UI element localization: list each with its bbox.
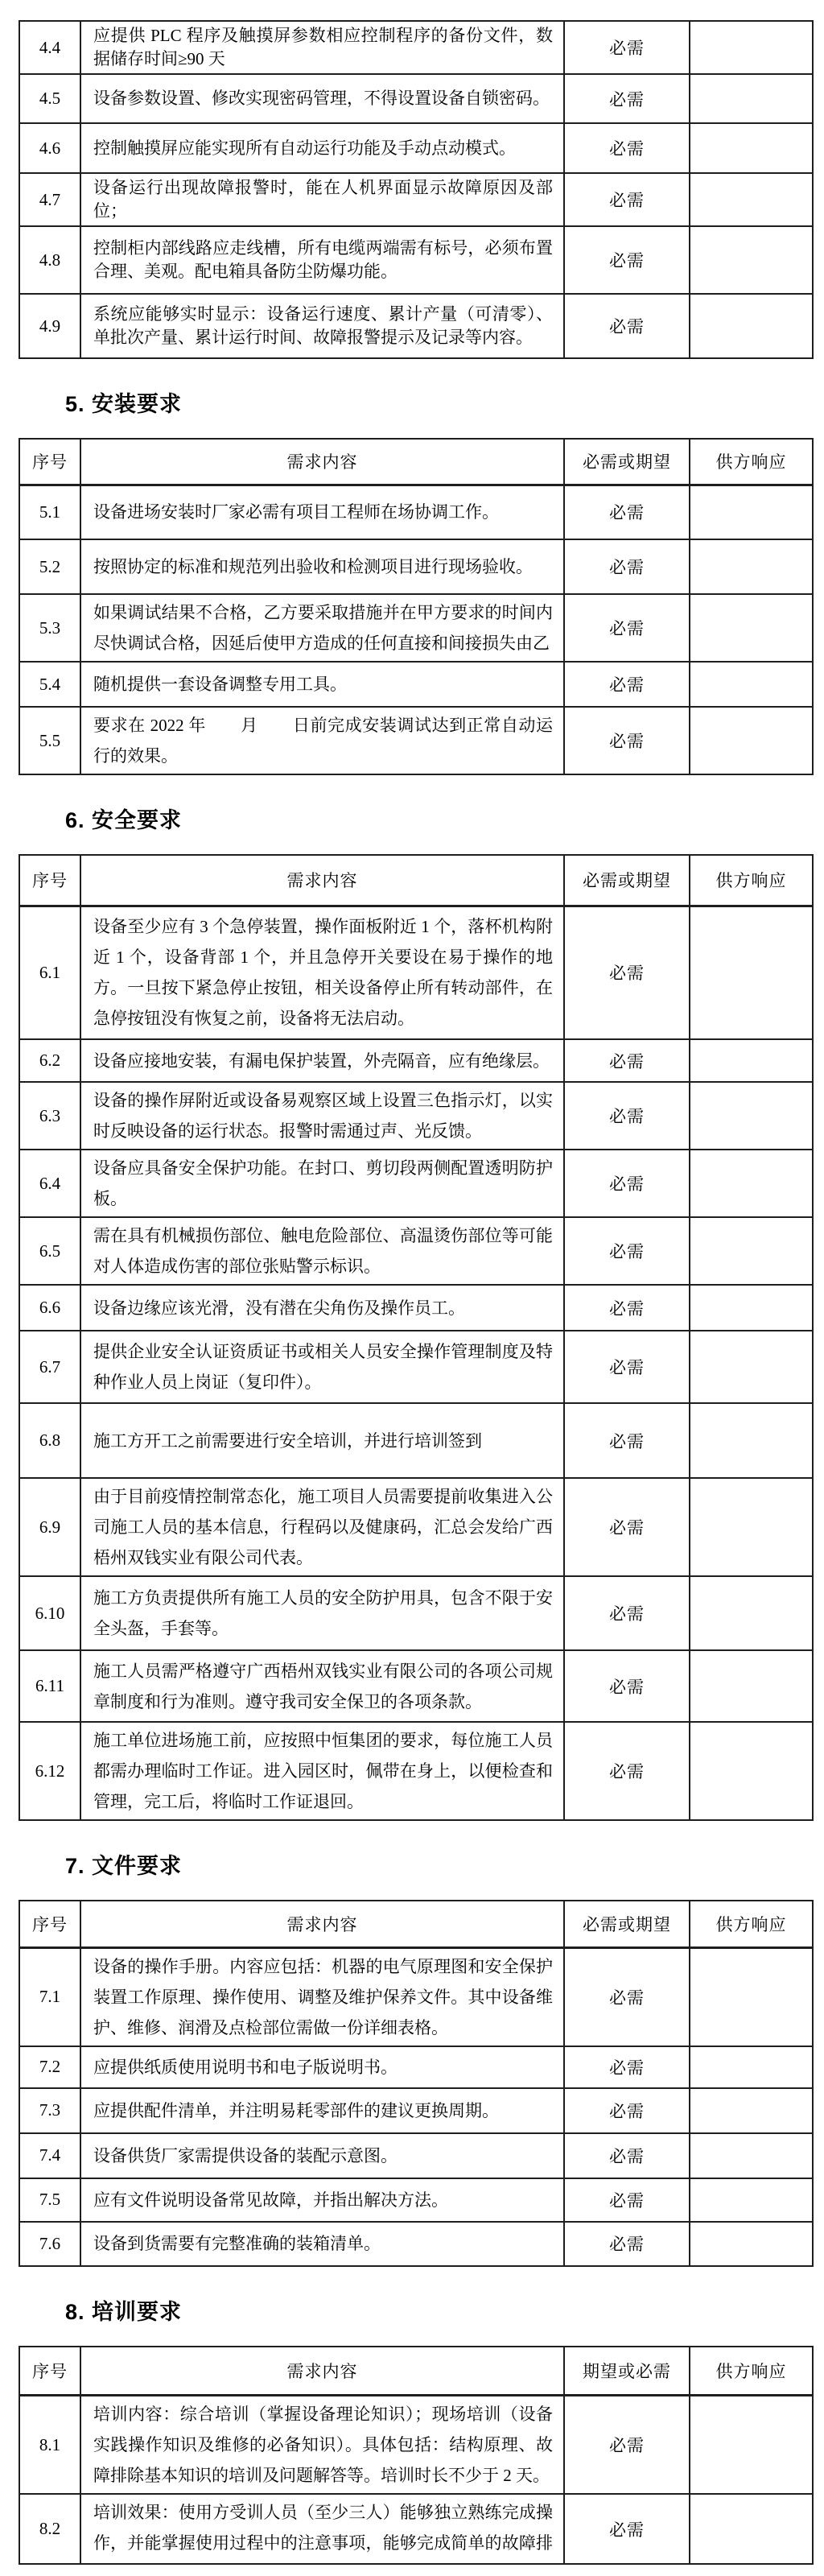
header-response-cell: 供方响应 bbox=[690, 1901, 813, 1947]
supplier-response-cell bbox=[690, 485, 813, 539]
requirement-content-cell: 培训效果：使用方受训人员（至少三人）能够独立熟练完成操作，并能掌握使用过程中的注… bbox=[80, 2494, 564, 2564]
supplier-response-cell bbox=[690, 1331, 813, 1403]
table-row-8.2: 8.2培训效果：使用方受训人员（至少三人）能够独立熟练完成操作，并能掌握使用过程… bbox=[19, 2494, 813, 2564]
requirement-content-cell: 施工人员需严格遵守广西梧州双钱实业有限公司的各项公司规章制度和行为准则。遵守我司… bbox=[80, 1650, 564, 1722]
requirement-content-cell: 培训内容：综合培训（掌握设备理论知识）；现场培训（设备实践操作知识及维修的必备知… bbox=[80, 2396, 564, 2495]
table-row-6.3: 6.3设备的操作屏附近或设备易观察区域上设置三色指示灯，以实时反映设备的运行状态… bbox=[19, 1082, 813, 1150]
necessity-cell: 必需 bbox=[564, 662, 690, 707]
requirement-content-cell: 设备到货需要有完整准确的装箱清单。 bbox=[80, 2222, 564, 2266]
necessity-cell: 必需 bbox=[564, 74, 690, 123]
table-row-6.2: 6.2设备应接地安装，有漏电保护装置，外壳隔音，应有绝缘层。必需 bbox=[19, 1039, 813, 1082]
supplier-response-cell bbox=[690, 2178, 813, 2222]
table-row-6.4: 6.4设备应具备安全保护功能。在封口、剪切段两侧配置透明防护板。必需 bbox=[19, 1150, 813, 1217]
row-number-cell: 7.4 bbox=[19, 2133, 80, 2178]
row-number-cell: 6.1 bbox=[19, 906, 80, 1039]
table-row-5.5: 5.5要求在 2022 年 月 日前完成安装调试达到正常自动运行的效果。必需 bbox=[19, 707, 813, 774]
supplier-response-cell bbox=[690, 123, 813, 173]
requirement-content-text: 如果调试结果不合格，乙方要采取措施并在甲方要求的时间内尽快调试合格，因延后使甲方… bbox=[93, 597, 553, 658]
table-row-7.6: 7.6设备到货需要有完整准确的装箱清单。必需 bbox=[19, 2222, 813, 2266]
requirement-content-cell: 由于目前疫情控制常态化，施工项目人员需要提前收集进入公司施工人员的基本信息，行程… bbox=[80, 1478, 564, 1576]
table-row-6.6: 6.6设备边缘应该光滑，没有潜在尖角伤及操作员工。必需 bbox=[19, 1285, 813, 1331]
header-necessity-cell: 期望或必需 bbox=[564, 2347, 690, 2396]
supplier-response-cell bbox=[690, 2088, 813, 2133]
necessity-cell: 必需 bbox=[564, 1650, 690, 1722]
table-header: 序号需求内容必需或期望供方响应 bbox=[19, 1901, 813, 1947]
supplier-response-cell bbox=[690, 1403, 813, 1478]
requirement-content-cell: 设备的操作屏附近或设备易观察区域上设置三色指示灯，以实时反映设备的运行状态。报警… bbox=[80, 1082, 564, 1150]
header-row: 序号需求内容必需或期望供方响应 bbox=[19, 439, 813, 485]
requirement-content-text: 设备到货需要有完整准确的装箱清单。 bbox=[93, 2228, 553, 2259]
requirement-content-text: 设备进场安装时厂家必需有项目工程师在场协调工作。 bbox=[93, 497, 553, 527]
requirement-content-text: 应提供配件清单，并注明易耗零部件的建议更换周期。 bbox=[93, 2095, 553, 2126]
requirements-document: 4.4应提供 PLC 程序及触摸屏参数相应控制程序的备份文件，数据储存时间≥90… bbox=[0, 0, 824, 2565]
table-row-4.8: 4.8控制柜内部线路应走线槽，所有电缆两端需有标号，必须布置合理、美观。配电箱具… bbox=[19, 226, 813, 294]
requirement-content-cell: 需在具有机械损伤部位、触电危险部位、高温烫伤部位等可能对人体造成伤害的部位张贴警… bbox=[80, 1217, 564, 1285]
necessity-cell: 必需 bbox=[564, 1576, 690, 1650]
requirement-content-cell: 设备运行出现故障报警时，能在人机界面显示故障原因及部位； bbox=[80, 173, 564, 226]
necessity-cell: 必需 bbox=[564, 539, 690, 594]
supplier-response-cell bbox=[690, 906, 813, 1039]
requirement-content-text: 应提供 PLC 程序及触摸屏参数相应控制程序的备份文件，数据储存时间≥90 天 bbox=[93, 24, 553, 71]
row-number-cell: 7.6 bbox=[19, 2222, 80, 2266]
requirement-content-cell: 按照协定的标准和规范列出验收和检测项目进行现场验收。 bbox=[80, 539, 564, 594]
table-body: 5.1设备进场安装时厂家必需有项目工程师在场协调工作。必需5.2按照协定的标准和… bbox=[19, 485, 813, 774]
table-row-6.9: 6.9由于目前疫情控制常态化，施工项目人员需要提前收集进入公司施工人员的基本信息… bbox=[19, 1478, 813, 1576]
supplier-response-cell bbox=[690, 1039, 813, 1082]
header-response-cell: 供方响应 bbox=[690, 855, 813, 906]
supplier-response-cell bbox=[690, 1150, 813, 1217]
table-row-7.1: 7.1设备的操作手册。内容应包括：机器的电气原理图和安全保护装置工作原理、操作使… bbox=[19, 1947, 813, 2046]
requirement-content-text: 设备边缘应该光滑，没有潜在尖角伤及操作员工。 bbox=[93, 1293, 553, 1323]
section-heading-6: 6. 安全要求 bbox=[65, 807, 824, 833]
necessity-cell: 必需 bbox=[564, 123, 690, 173]
row-number-cell: 6.2 bbox=[19, 1039, 80, 1082]
supplier-response-cell bbox=[690, 2046, 813, 2088]
necessity-cell: 必需 bbox=[564, 1478, 690, 1576]
requirement-content-cell: 设备进场安装时厂家必需有项目工程师在场协调工作。 bbox=[80, 485, 564, 539]
row-number-cell: 4.4 bbox=[19, 21, 80, 74]
necessity-cell: 必需 bbox=[564, 1082, 690, 1150]
necessity-cell: 必需 bbox=[564, 2494, 690, 2564]
section-heading-8: 8. 培训要求 bbox=[65, 2299, 824, 2325]
row-number-cell: 7.2 bbox=[19, 2046, 80, 2088]
row-number-cell: 6.7 bbox=[19, 1331, 80, 1403]
table-row-4.7: 4.7设备运行出现故障报警时，能在人机界面显示故障原因及部位；必需 bbox=[19, 173, 813, 226]
necessity-cell: 必需 bbox=[564, 1285, 690, 1331]
top-margin bbox=[0, 0, 824, 20]
header-row: 序号需求内容必需或期望供方响应 bbox=[19, 855, 813, 906]
necessity-cell: 必需 bbox=[564, 21, 690, 74]
requirement-content-cell: 控制触摸屏应能实现所有自动运行功能及手动点动模式。 bbox=[80, 123, 564, 173]
requirement-content-text: 按照协定的标准和规范列出验收和检测项目进行现场验收。 bbox=[93, 551, 553, 582]
requirement-content-text: 培训效果：使用方受训人员（至少三人）能够独立熟练完成操作，并能掌握使用过程中的注… bbox=[93, 2497, 553, 2561]
table-row-5.2: 5.2按照协定的标准和规范列出验收和检测项目进行现场验收。必需 bbox=[19, 539, 813, 594]
table-row-5.3: 5.3如果调试结果不合格，乙方要采取措施并在甲方要求的时间内尽快调试合格，因延后… bbox=[19, 594, 813, 662]
requirement-content-text: 设备应接地安装，有漏电保护装置，外壳隔音，应有绝缘层。 bbox=[93, 1046, 553, 1076]
supplier-response-cell bbox=[690, 21, 813, 74]
supplier-response-cell bbox=[690, 74, 813, 123]
header-content-cell: 需求内容 bbox=[80, 1901, 564, 1947]
table-header: 序号需求内容期望或必需供方响应 bbox=[19, 2347, 813, 2396]
row-number-cell: 6.6 bbox=[19, 1285, 80, 1331]
supplier-response-cell bbox=[690, 1217, 813, 1285]
requirement-content-cell: 设备至少应有 3 个急停装置，操作面板附近 1 个，落杯机构附近 1 个，设备背… bbox=[80, 906, 564, 1039]
requirement-content-text: 控制柜内部线路应走线槽，所有电缆两端需有标号，必须布置合理、美观。配电箱具备防尘… bbox=[93, 237, 553, 283]
necessity-cell: 必需 bbox=[564, 226, 690, 294]
table-row-5.1: 5.1设备进场安装时厂家必需有项目工程师在场协调工作。必需 bbox=[19, 485, 813, 539]
table-row-7.3: 7.3应提供配件清单，并注明易耗零部件的建议更换周期。必需 bbox=[19, 2088, 813, 2133]
requirement-content-text: 需在具有机械损伤部位、触电危险部位、高温烫伤部位等可能对人体造成伤害的部位张贴警… bbox=[93, 1220, 553, 1282]
row-number-cell: 4.7 bbox=[19, 173, 80, 226]
row-number-cell: 6.12 bbox=[19, 1722, 80, 1820]
header-content-cell: 需求内容 bbox=[80, 2347, 564, 2396]
requirement-content-cell: 施工方开工之前需要进行安全培训，并进行培训签到 bbox=[80, 1403, 564, 1478]
requirement-content-text: 应有文件说明设备常见故障，并指出解决方法。 bbox=[93, 2185, 553, 2215]
header-necessity-cell: 必需或期望 bbox=[564, 1901, 690, 1947]
row-number-cell: 6.4 bbox=[19, 1150, 80, 1217]
header-content-cell: 需求内容 bbox=[80, 439, 564, 485]
supplier-response-cell bbox=[690, 226, 813, 294]
table-row-7.2: 7.2应提供纸质使用说明书和电子版说明书。必需 bbox=[19, 2046, 813, 2088]
requirement-content-text: 设备应具备安全保护功能。在封口、剪切段两侧配置透明防护板。 bbox=[93, 1153, 553, 1214]
supplier-response-cell bbox=[690, 707, 813, 774]
row-number-cell: 5.4 bbox=[19, 662, 80, 707]
row-number-cell: 5.3 bbox=[19, 594, 80, 662]
requirements-table-section-5: 序号需求内容必需或期望供方响应5.1设备进场安装时厂家必需有项目工程师在场协调工… bbox=[19, 438, 814, 775]
requirement-content-text: 施工方开工之前需要进行安全培训，并进行培训签到 bbox=[93, 1426, 553, 1456]
necessity-cell: 必需 bbox=[564, 1947, 690, 2046]
section-heading-7: 7. 文件要求 bbox=[65, 1853, 824, 1879]
supplier-response-cell bbox=[690, 2133, 813, 2178]
supplier-response-cell bbox=[690, 1478, 813, 1576]
supplier-response-cell bbox=[690, 662, 813, 707]
requirement-content-text: 要求在 2022 年 月 日前完成安装调试达到正常自动运行的效果。 bbox=[93, 710, 553, 771]
table-row-7.4: 7.4设备供货厂家需提供设备的装配示意图。必需 bbox=[19, 2133, 813, 2178]
requirement-content-text: 应提供纸质使用说明书和电子版说明书。 bbox=[93, 2052, 553, 2083]
requirements-table-section-4: 4.4应提供 PLC 程序及触摸屏参数相应控制程序的备份文件，数据储存时间≥90… bbox=[19, 20, 814, 359]
requirements-table-section-6: 序号需求内容必需或期望供方响应6.1设备至少应有 3 个急停装置，操作面板附近 … bbox=[19, 854, 814, 1821]
necessity-cell: 必需 bbox=[564, 1403, 690, 1478]
requirement-content-cell: 随机提供一套设备调整专用工具。 bbox=[80, 662, 564, 707]
necessity-cell: 必需 bbox=[564, 2396, 690, 2495]
header-necessity-cell: 必需或期望 bbox=[564, 439, 690, 485]
necessity-cell: 必需 bbox=[564, 485, 690, 539]
table-body: 4.4应提供 PLC 程序及触摸屏参数相应控制程序的备份文件，数据储存时间≥90… bbox=[19, 21, 813, 358]
supplier-response-cell bbox=[690, 1285, 813, 1331]
supplier-response-cell bbox=[690, 173, 813, 226]
section-heading-5: 5. 安装要求 bbox=[65, 391, 824, 417]
table-body: 7.1设备的操作手册。内容应包括：机器的电气原理图和安全保护装置工作原理、操作使… bbox=[19, 1947, 813, 2266]
requirement-content-text: 设备至少应有 3 个急停装置，操作面板附近 1 个，落杯机构附近 1 个，设备背… bbox=[93, 911, 553, 1034]
requirement-content-cell: 设备边缘应该光滑，没有潜在尖角伤及操作员工。 bbox=[80, 1285, 564, 1331]
necessity-cell: 必需 bbox=[564, 173, 690, 226]
requirement-content-cell: 施工单位进场施工前，应按照中恒集团的要求，每位施工人员都需办理临时工作证。进入园… bbox=[80, 1722, 564, 1820]
supplier-response-cell bbox=[690, 1947, 813, 2046]
row-number-cell: 5.5 bbox=[19, 707, 80, 774]
requirement-content-cell: 设备参数设置、修改实现密码管理，不得设置设备自锁密码。 bbox=[80, 74, 564, 123]
requirements-table-section-8: 序号需求内容期望或必需供方响应8.1培训内容：综合培训（掌握设备理论知识）；现场… bbox=[19, 2346, 814, 2566]
table-row-8.1: 8.1培训内容：综合培训（掌握设备理论知识）；现场培训（设备实践操作知识及维修的… bbox=[19, 2396, 813, 2495]
requirement-content-cell: 应提供配件清单，并注明易耗零部件的建议更换周期。 bbox=[80, 2088, 564, 2133]
table-row-4.6: 4.6控制触摸屏应能实现所有自动运行功能及手动点动模式。必需 bbox=[19, 123, 813, 173]
row-number-cell: 5.1 bbox=[19, 485, 80, 539]
table-row-6.12: 6.12施工单位进场施工前，应按照中恒集团的要求，每位施工人员都需办理临时工作证… bbox=[19, 1722, 813, 1820]
necessity-cell: 必需 bbox=[564, 906, 690, 1039]
requirement-content-text: 设备的操作屏附近或设备易观察区域上设置三色指示灯，以实时反映设备的运行状态。报警… bbox=[93, 1085, 553, 1146]
requirement-content-cell: 设备应接地安装，有漏电保护装置，外壳隔音，应有绝缘层。 bbox=[80, 1039, 564, 1082]
requirement-content-cell: 提供企业安全认证资质证书或相关人员安全操作管理制度及特种作业人员上岗证（复印件）… bbox=[80, 1331, 564, 1403]
row-number-cell: 8.2 bbox=[19, 2494, 80, 2564]
requirement-content-cell: 施工方负责提供所有施工人员的安全防护用具，包含不限于安全头盔，手套等。 bbox=[80, 1576, 564, 1650]
header-row: 序号需求内容期望或必需供方响应 bbox=[19, 2347, 813, 2396]
table-row-4.4: 4.4应提供 PLC 程序及触摸屏参数相应控制程序的备份文件，数据储存时间≥90… bbox=[19, 21, 813, 74]
table-row-6.5: 6.5需在具有机械损伤部位、触电危险部位、高温烫伤部位等可能对人体造成伤害的部位… bbox=[19, 1217, 813, 1285]
table-row-6.1: 6.1设备至少应有 3 个急停装置，操作面板附近 1 个，落杯机构附近 1 个，… bbox=[19, 906, 813, 1039]
table-row-6.8: 6.8施工方开工之前需要进行安全培训，并进行培训签到必需 bbox=[19, 1403, 813, 1478]
requirement-content-cell: 设备的操作手册。内容应包括：机器的电气原理图和安全保护装置工作原理、操作使用、调… bbox=[80, 1947, 564, 2046]
requirement-content-text: 设备参数设置、修改实现密码管理，不得设置设备自锁密码。 bbox=[93, 87, 553, 110]
row-number-cell: 4.8 bbox=[19, 226, 80, 294]
header-seq-cell: 序号 bbox=[19, 855, 80, 906]
requirement-content-text: 设备运行出现故障报警时，能在人机界面显示故障原因及部位； bbox=[93, 176, 553, 223]
supplier-response-cell bbox=[690, 294, 813, 358]
necessity-cell: 必需 bbox=[564, 2133, 690, 2178]
supplier-response-cell bbox=[690, 1722, 813, 1820]
requirement-content-text: 由于目前疫情控制常态化，施工项目人员需要提前收集进入公司施工人员的基本信息，行程… bbox=[93, 1481, 553, 1573]
requirement-content-cell: 应有文件说明设备常见故障，并指出解决方法。 bbox=[80, 2178, 564, 2222]
necessity-cell: 必需 bbox=[564, 2178, 690, 2222]
header-necessity-cell: 必需或期望 bbox=[564, 855, 690, 906]
header-seq-cell: 序号 bbox=[19, 439, 80, 485]
row-number-cell: 7.3 bbox=[19, 2088, 80, 2133]
supplier-response-cell bbox=[690, 1650, 813, 1722]
requirement-content-cell: 系统应能够实时显示：设备运行速度、累计产量（可清零）、单批次产量、累计运行时间、… bbox=[80, 294, 564, 358]
necessity-cell: 必需 bbox=[564, 1039, 690, 1082]
requirement-content-cell: 应提供 PLC 程序及触摸屏参数相应控制程序的备份文件，数据储存时间≥90 天 bbox=[80, 21, 564, 74]
necessity-cell: 必需 bbox=[564, 2088, 690, 2133]
table-row-7.5: 7.5应有文件说明设备常见故障，并指出解决方法。必需 bbox=[19, 2178, 813, 2222]
header-response-cell: 供方响应 bbox=[690, 2347, 813, 2396]
row-number-cell: 6.9 bbox=[19, 1478, 80, 1576]
requirement-content-text: 施工单位进场施工前，应按照中恒集团的要求，每位施工人员都需办理临时工作证。进入园… bbox=[93, 1725, 553, 1817]
requirement-content-text: 培训内容：综合培训（掌握设备理论知识）；现场培训（设备实践操作知识及维修的必备知… bbox=[93, 2399, 553, 2491]
requirement-content-text: 设备供货厂家需提供设备的装配示意图。 bbox=[93, 2140, 553, 2171]
necessity-cell: 必需 bbox=[564, 294, 690, 358]
row-number-cell: 7.5 bbox=[19, 2178, 80, 2222]
header-seq-cell: 序号 bbox=[19, 1901, 80, 1947]
row-number-cell: 6.10 bbox=[19, 1576, 80, 1650]
table-row-6.7: 6.7提供企业安全认证资质证书或相关人员安全操作管理制度及特种作业人员上岗证（复… bbox=[19, 1331, 813, 1403]
header-content-cell: 需求内容 bbox=[80, 855, 564, 906]
row-number-cell: 8.1 bbox=[19, 2396, 80, 2495]
table-body: 8.1培训内容：综合培训（掌握设备理论知识）；现场培训（设备实践操作知识及维修的… bbox=[19, 2396, 813, 2565]
row-number-cell: 4.9 bbox=[19, 294, 80, 358]
table-header: 序号需求内容必需或期望供方响应 bbox=[19, 439, 813, 485]
supplier-response-cell bbox=[690, 2222, 813, 2266]
row-number-cell: 6.11 bbox=[19, 1650, 80, 1722]
requirement-content-cell: 设备应具备安全保护功能。在封口、剪切段两侧配置透明防护板。 bbox=[80, 1150, 564, 1217]
requirement-content-cell: 设备供货厂家需提供设备的装配示意图。 bbox=[80, 2133, 564, 2178]
header-response-cell: 供方响应 bbox=[690, 439, 813, 485]
table-row-6.11: 6.11施工人员需严格遵守广西梧州双钱实业有限公司的各项公司规章制度和行为准则。… bbox=[19, 1650, 813, 1722]
table-header: 序号需求内容必需或期望供方响应 bbox=[19, 855, 813, 906]
supplier-response-cell bbox=[690, 2494, 813, 2564]
table-row-6.10: 6.10施工方负责提供所有施工人员的安全防护用具，包含不限于安全头盔，手套等。必… bbox=[19, 1576, 813, 1650]
necessity-cell: 必需 bbox=[564, 2222, 690, 2266]
necessity-cell: 必需 bbox=[564, 1331, 690, 1403]
requirement-content-text: 随机提供一套设备调整专用工具。 bbox=[93, 669, 553, 700]
requirement-content-cell: 要求在 2022 年 月 日前完成安装调试达到正常自动运行的效果。 bbox=[80, 707, 564, 774]
header-seq-cell: 序号 bbox=[19, 2347, 80, 2396]
table-row-5.4: 5.4随机提供一套设备调整专用工具。必需 bbox=[19, 662, 813, 707]
requirement-content-text: 控制触摸屏应能实现所有自动运行功能及手动点动模式。 bbox=[93, 137, 553, 160]
requirement-content-text: 施工人员需严格遵守广西梧州双钱实业有限公司的各项公司规章制度和行为准则。遵守我司… bbox=[93, 1656, 553, 1717]
row-number-cell: 6.8 bbox=[19, 1403, 80, 1478]
requirements-table-section-7: 序号需求内容必需或期望供方响应7.1设备的操作手册。内容应包括：机器的电气原理图… bbox=[19, 1900, 814, 2267]
requirement-content-cell: 控制柜内部线路应走线槽，所有电缆两端需有标号，必须布置合理、美观。配电箱具备防尘… bbox=[80, 226, 564, 294]
requirement-content-cell: 应提供纸质使用说明书和电子版说明书。 bbox=[80, 2046, 564, 2088]
requirement-content-cell: 如果调试结果不合格，乙方要采取措施并在甲方要求的时间内尽快调试合格，因延后使甲方… bbox=[80, 594, 564, 662]
supplier-response-cell bbox=[690, 594, 813, 662]
supplier-response-cell bbox=[690, 2396, 813, 2495]
row-number-cell: 4.5 bbox=[19, 74, 80, 123]
necessity-cell: 必需 bbox=[564, 2046, 690, 2088]
requirement-content-text: 施工方负责提供所有施工人员的安全防护用具，包含不限于安全头盔，手套等。 bbox=[93, 1583, 553, 1644]
supplier-response-cell bbox=[690, 1576, 813, 1650]
header-row: 序号需求内容必需或期望供方响应 bbox=[19, 1901, 813, 1947]
table-row-4.5: 4.5设备参数设置、修改实现密码管理，不得设置设备自锁密码。必需 bbox=[19, 74, 813, 123]
requirement-content-text: 设备的操作手册。内容应包括：机器的电气原理图和安全保护装置工作原理、操作使用、调… bbox=[93, 1951, 553, 2043]
necessity-cell: 必需 bbox=[564, 1217, 690, 1285]
row-number-cell: 5.2 bbox=[19, 539, 80, 594]
supplier-response-cell bbox=[690, 1082, 813, 1150]
requirement-content-text: 提供企业安全认证资质证书或相关人员安全操作管理制度及特种作业人员上岗证（复印件）… bbox=[93, 1336, 553, 1397]
necessity-cell: 必需 bbox=[564, 1150, 690, 1217]
necessity-cell: 必需 bbox=[564, 707, 690, 774]
table-body: 6.1设备至少应有 3 个急停装置，操作面板附近 1 个，落杯机构附近 1 个，… bbox=[19, 906, 813, 1820]
requirement-content-text: 系统应能够实时显示：设备运行速度、累计产量（可清零）、单批次产量、累计运行时间、… bbox=[93, 303, 553, 349]
supplier-response-cell bbox=[690, 539, 813, 594]
row-number-cell: 6.3 bbox=[19, 1082, 80, 1150]
row-number-cell: 6.5 bbox=[19, 1217, 80, 1285]
row-number-cell: 4.6 bbox=[19, 123, 80, 173]
table-row-4.9: 4.9系统应能够实时显示：设备运行速度、累计产量（可清零）、单批次产量、累计运行… bbox=[19, 294, 813, 358]
necessity-cell: 必需 bbox=[564, 1722, 690, 1820]
row-number-cell: 7.1 bbox=[19, 1947, 80, 2046]
necessity-cell: 必需 bbox=[564, 594, 690, 662]
